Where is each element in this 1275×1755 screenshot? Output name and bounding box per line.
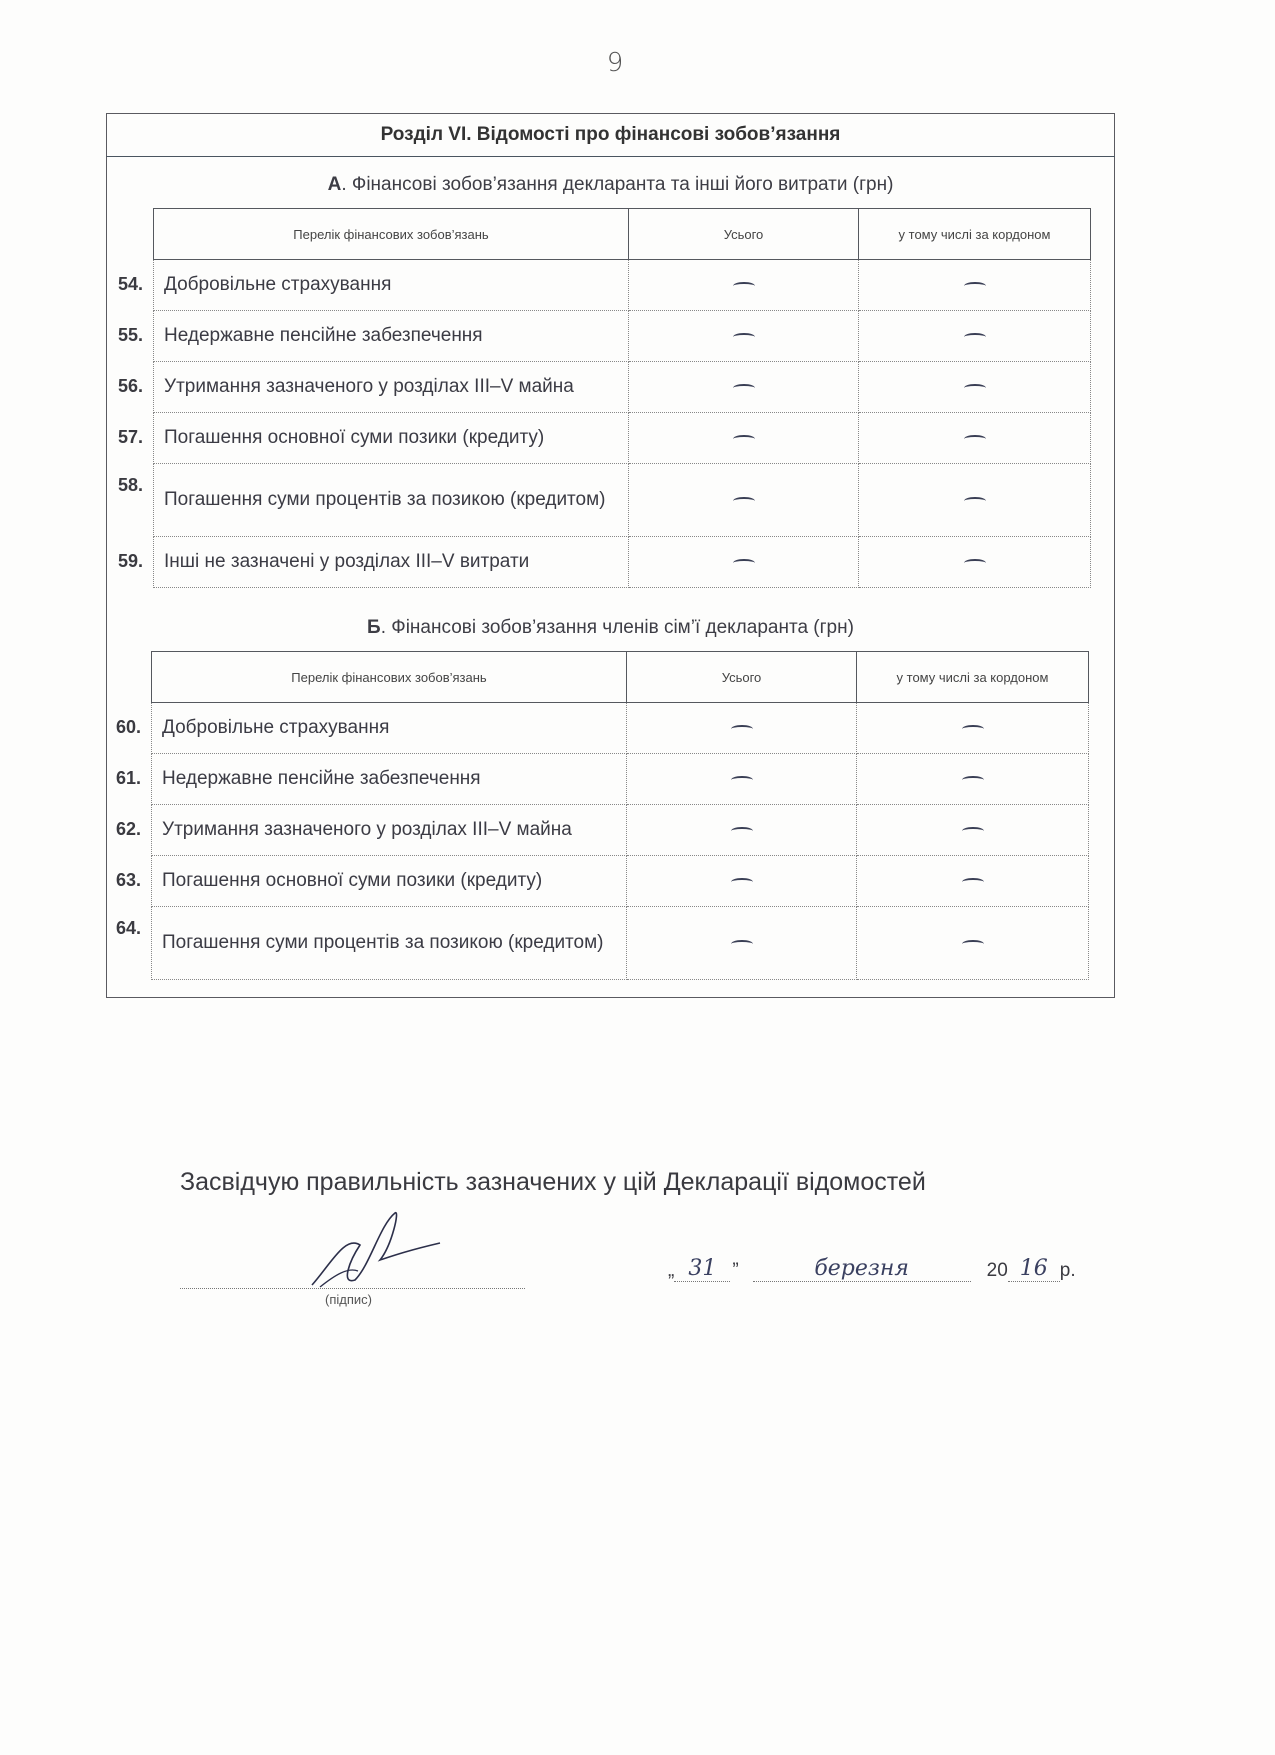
date-field: „ 31 ” березня 20 16 р. bbox=[668, 1256, 1076, 1282]
col-header-abroad: у тому числі за кордоном bbox=[857, 652, 1089, 703]
table-row: Добровільне страхування bbox=[152, 703, 1089, 754]
handwritten-dash-icon bbox=[731, 776, 753, 784]
row-number: 64. bbox=[101, 918, 141, 939]
handwritten-dash-icon bbox=[964, 333, 986, 341]
part-a-letter: А bbox=[328, 174, 342, 195]
abroad-value bbox=[859, 362, 1091, 413]
handwritten-dash-icon bbox=[733, 497, 755, 505]
handwritten-dash-icon bbox=[964, 559, 986, 567]
col-header-total: Усього bbox=[627, 652, 857, 703]
table-header: Перелік фінансових зобов’язань Усього у … bbox=[152, 652, 1089, 703]
table-row: Добровільне страхування bbox=[154, 260, 1091, 311]
part-b-title-text: . Фінансові зобов’язання членів сім’ї де… bbox=[381, 617, 854, 638]
total-value bbox=[629, 464, 859, 537]
signature-line bbox=[180, 1288, 525, 1289]
col-header-list: Перелік фінансових зобов’язань bbox=[152, 652, 627, 703]
row-number: 58. bbox=[103, 475, 143, 496]
col-header-abroad: у тому числі за кордоном bbox=[859, 209, 1091, 260]
handwritten-dash-icon bbox=[731, 827, 753, 835]
date-day: 31 bbox=[674, 1256, 730, 1282]
handwritten-dash-icon bbox=[733, 333, 755, 341]
obligation-label: Недержавне пенсійне забезпечення bbox=[152, 754, 627, 805]
obligation-label: Погашення основної суми позики (кредиту) bbox=[152, 856, 627, 907]
handwritten-dash-icon bbox=[964, 435, 986, 443]
row-number: 60. bbox=[101, 717, 141, 738]
row-number: 56. bbox=[103, 376, 143, 397]
handwritten-dash-icon bbox=[733, 435, 755, 443]
obligation-label: Утримання зазначеного у розділах III–V м… bbox=[154, 362, 629, 413]
col-header-list: Перелік фінансових зобов’язань bbox=[154, 209, 629, 260]
handwritten-dash-icon bbox=[962, 776, 984, 784]
page-number: 9 bbox=[600, 48, 630, 78]
abroad-value bbox=[859, 311, 1091, 362]
table-row: Погашення суми процентів за позикою (кре… bbox=[154, 464, 1091, 537]
abroad-value bbox=[857, 907, 1089, 980]
obligation-label: Недержавне пенсійне забезпечення bbox=[154, 311, 629, 362]
row-number: 55. bbox=[103, 325, 143, 346]
obligation-label: Погашення суми процентів за позикою (кре… bbox=[152, 907, 627, 980]
handwritten-dash-icon bbox=[964, 282, 986, 290]
col-header-total: Усього bbox=[629, 209, 859, 260]
table-part-a: Перелік фінансових зобов’язань Усього у … bbox=[153, 208, 1091, 588]
table-row: Утримання зазначеного у розділах III–V м… bbox=[152, 805, 1089, 856]
table-header: Перелік фінансових зобов’язань Усього у … bbox=[154, 209, 1091, 260]
row-number: 63. bbox=[101, 870, 141, 891]
abroad-value bbox=[857, 856, 1089, 907]
part-b-title: Б. Фінансові зобов’язання членів сім’ї д… bbox=[106, 617, 1115, 639]
abroad-value bbox=[859, 537, 1091, 588]
total-value bbox=[627, 907, 857, 980]
part-a-title-text: . Фінансові зобов’язання декларанта та і… bbox=[341, 174, 893, 195]
table-part-b: Перелік фінансових зобов’язань Усього у … bbox=[151, 651, 1089, 980]
handwritten-dash-icon bbox=[964, 497, 986, 505]
row-number: 59. bbox=[103, 551, 143, 572]
table-row: Погашення суми процентів за позикою (кре… bbox=[152, 907, 1089, 980]
handwritten-dash-icon bbox=[733, 384, 755, 392]
table-row: Погашення основної суми позики (кредиту) bbox=[152, 856, 1089, 907]
date-close-quote: ” bbox=[732, 1260, 738, 1282]
row-number: 61. bbox=[101, 768, 141, 789]
handwritten-dash-icon bbox=[731, 940, 753, 948]
total-value bbox=[629, 311, 859, 362]
table-row: Недержавне пенсійне забезпечення bbox=[154, 311, 1091, 362]
abroad-value bbox=[859, 413, 1091, 464]
table-row: Інші не зазначені у розділах III–V витра… bbox=[154, 537, 1091, 588]
abroad-value bbox=[857, 754, 1089, 805]
signature-caption: (підпис) bbox=[325, 1292, 372, 1307]
handwritten-dash-icon bbox=[731, 725, 753, 733]
abroad-value bbox=[857, 703, 1089, 754]
table-row: Утримання зазначеного у розділах III–V м… bbox=[154, 362, 1091, 413]
total-value bbox=[627, 703, 857, 754]
total-value bbox=[629, 413, 859, 464]
handwritten-dash-icon bbox=[731, 878, 753, 886]
obligation-label: Погашення суми процентів за позикою (кре… bbox=[154, 464, 629, 537]
year-suffix: 16 bbox=[1008, 1256, 1060, 1282]
handwritten-dash-icon bbox=[962, 725, 984, 733]
obligation-label: Інші не зазначені у розділах III–V витра… bbox=[154, 537, 629, 588]
handwritten-dash-icon bbox=[962, 940, 984, 948]
part-a-title: А. Фінансові зобов’язання декларанта та … bbox=[106, 174, 1115, 196]
obligation-label: Добровільне страхування bbox=[154, 260, 629, 311]
row-number: 57. bbox=[103, 427, 143, 448]
certification-statement: Засвідчую правильність зазначених у цій … bbox=[180, 1168, 926, 1197]
total-value bbox=[629, 537, 859, 588]
year-prefix: 20 bbox=[987, 1260, 1008, 1282]
total-value bbox=[627, 856, 857, 907]
signature-scribble bbox=[300, 1205, 450, 1295]
obligation-label: Добровільне страхування bbox=[152, 703, 627, 754]
abroad-value bbox=[859, 260, 1091, 311]
year-unit: р. bbox=[1060, 1260, 1076, 1282]
abroad-value bbox=[857, 805, 1089, 856]
date-month: березня bbox=[753, 1256, 971, 1282]
handwritten-dash-icon bbox=[964, 384, 986, 392]
row-number: 54. bbox=[103, 274, 143, 295]
obligation-label: Утримання зазначеного у розділах III–V м… bbox=[152, 805, 627, 856]
table-row: Недержавне пенсійне забезпечення bbox=[152, 754, 1089, 805]
abroad-value bbox=[859, 464, 1091, 537]
total-value bbox=[629, 260, 859, 311]
row-number: 62. bbox=[101, 819, 141, 840]
total-value bbox=[629, 362, 859, 413]
section-title: Розділ VI. Відомості про фінансові зобов… bbox=[106, 113, 1115, 157]
total-value bbox=[627, 805, 857, 856]
obligation-label: Погашення основної суми позики (кредиту) bbox=[154, 413, 629, 464]
handwritten-dash-icon bbox=[962, 878, 984, 886]
total-value bbox=[627, 754, 857, 805]
handwritten-dash-icon bbox=[733, 282, 755, 290]
part-b-letter: Б bbox=[367, 617, 381, 638]
handwritten-dash-icon bbox=[962, 827, 984, 835]
handwritten-dash-icon bbox=[733, 559, 755, 567]
table-row: Погашення основної суми позики (кредиту) bbox=[154, 413, 1091, 464]
